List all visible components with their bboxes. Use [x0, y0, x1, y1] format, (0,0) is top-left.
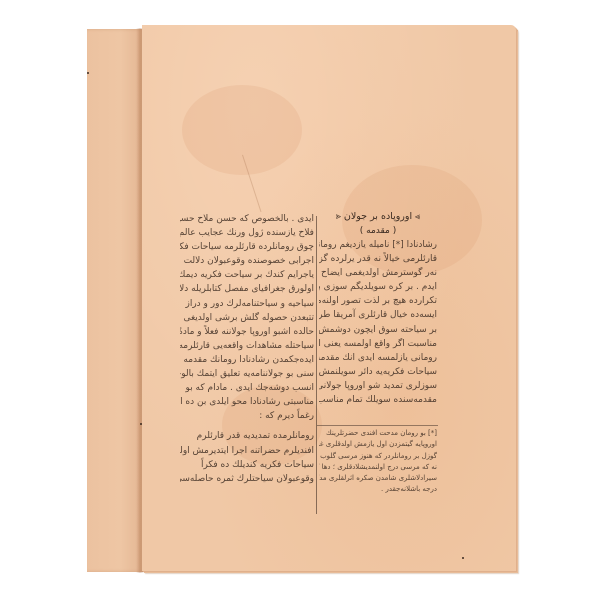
footnote-line: درجه باشلانه‌جقدر .	[319, 484, 437, 495]
text-line: ایسه‌ده خیال قارئلری آمریقا طرفلرده	[319, 308, 437, 322]
ornament-left-icon: ⪡	[336, 212, 341, 222]
text-line: وقوعبولان سیاحتلرك ثمره حاصله‌سی	[180, 472, 314, 486]
text-line: سیاحات فكریه كندیلك ده فكراً	[180, 458, 314, 472]
footnote-line: گوزل بر رومانلردر كه هنوز مرسی گلوب ده	[319, 451, 437, 462]
text-line: قارئلرمی خیالاً نه قدر یرلرده گزدیرمش	[319, 252, 437, 266]
text-line: افندیلرم حضراتنه اجرا ایتدیرمش اولدیغم	[180, 444, 314, 458]
text-line: سیاحتله مشاهدات واقعه‌یی قارئلرمه ارائه	[180, 339, 314, 353]
footnote-line: سیرادلاشلری شامدن صكره اثرلقلری مدكو	[319, 473, 437, 484]
text-line: فلاح یازسنده ژول ورنك عجایب عالم كبی بر	[180, 226, 314, 240]
text-line: چوق رومانلرده قارئلرمه سیاحات فكریه	[180, 240, 314, 254]
right-column: ⪢ اوروپاده بر جولان ⪡ ( مقدمه ) رشادنادا…	[319, 210, 437, 407]
footnote-line: اوروپایه گیتمزدن اول یازمش اولدقلری غایت	[319, 439, 437, 450]
text-block: ایدی . بالخصوص كه حسن ملاح حسین فلاح یاز…	[180, 210, 438, 510]
ornament-right-icon: ⪢	[415, 212, 420, 222]
text-line: ایدی . بالخصوص كه حسن ملاح حسین	[180, 212, 314, 226]
text-line: سیاحیه و سیاحتنامه‌لرك دور و دراز	[180, 297, 314, 311]
text-line: رشادنادا [*] نامیله یازدیغم رومانده	[319, 238, 437, 252]
text-line: نه‌ر گوسترمش اولدیغمی ایضاح ایتمش	[319, 266, 437, 280]
text-line: اولورق جغرافیای مفصل كتابلریله دلائل	[180, 282, 314, 296]
text-line: سیاحات فكریه‌یه دائر سویلنمش اولان	[319, 365, 437, 379]
text-line: ایدم . بر کره سویلدیگم سوزی بیك دفعه	[319, 280, 437, 294]
text-line: تتبعدن حصوله گلش برشی اولدیغی	[180, 311, 314, 325]
footnote-line: نه كه مرسی درج اولنمدیشلادقلری ؛ دها كلی…	[319, 462, 437, 473]
text-line: سوزلری تمدید شو اوروپا جولانی	[319, 379, 437, 393]
text-line: مناسبتی رشادنادا محو ایلدی بن ده اكا	[180, 395, 314, 409]
section-title-text: اوروپاده بر جولان	[344, 211, 412, 222]
book-photo: ایدی . بالخصوص كه حسن ملاح حسین فلاح یاز…	[0, 0, 600, 600]
footnote: [*] بو رومان مدحت افندی حضرتلرینك اوروپا…	[319, 428, 437, 496]
text-line: حالده اشبو اوروپا جولاننه فعلاً و مادةً	[180, 325, 314, 339]
section-subtitle: ( مقدمه )	[319, 224, 437, 238]
ink-speck	[140, 423, 142, 425]
footnote-rule	[317, 425, 438, 426]
paper-stain	[182, 85, 302, 175]
column-divider	[316, 216, 317, 514]
text-line: مقدمه‌سنده سویلك تمام مناسب دوشه‌جك	[319, 393, 437, 407]
text-line: ایده‌جكمدن رشادنادا رومانك مقدمه‌	[180, 353, 314, 367]
left-column: ایدی . بالخصوص كه حسن ملاح حسین فلاح یاز…	[180, 212, 314, 486]
ink-speck	[462, 557, 464, 559]
ink-speck	[87, 72, 89, 74]
left-page-edge	[87, 29, 143, 572]
text-line: بر سیاحته سوق ایچون دوشمش اولان شو	[319, 323, 437, 337]
text-line: تکرارده هیچ بر لذت تصور اولنه‌مز	[319, 294, 437, 308]
text-line: یاجرایم كندك بر سیاحت فكریه دیمك	[180, 268, 314, 282]
section-title: ⪢ اوروپاده بر جولان ⪡	[319, 210, 437, 224]
text-line: رغماً دیرم كه :	[180, 409, 314, 423]
text-line: انسب دوشه‌جك ایدی . مادام كه بو	[180, 381, 314, 395]
footnote-line: [*] بو رومان مدحت افندی حضرتلرینك	[319, 428, 437, 439]
text-line: سنی بو جولاننامه‌یه تعلیق ایتمك بالوجوه	[180, 367, 314, 381]
text-line: مناسبت اگر واقع اولمسه یعنی او رشادنادا	[319, 337, 437, 351]
text-line: رومانلرمده تمدیدیه قدر قارئلرم	[180, 429, 314, 443]
text-line: اجرابی خصوصنده وقوعبولان دلالت	[180, 254, 314, 268]
text-line: رومانی یازلمسه ایدی انك مقدمه‌سنده	[319, 351, 437, 365]
